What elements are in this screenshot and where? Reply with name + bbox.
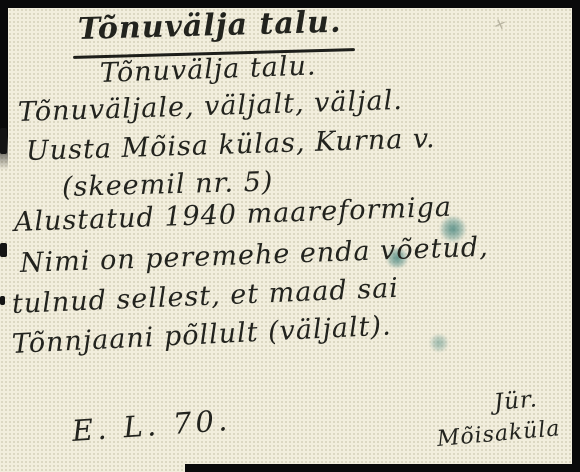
farm-name-repeat: Tõnuvälja talu. <box>99 50 316 89</box>
scanned-index-card: ✕ Tõnuvälja talu. Tõnuvälja talu. Tõnuvä… <box>0 0 580 472</box>
scheme-reference-line: (skeemil nr. 5) <box>62 166 274 203</box>
paper-scratch-mark: ✕ <box>492 16 512 35</box>
location-line: Uusta Mõisa külas, Kurna v. <box>26 123 436 167</box>
name-origin-line-1: Nimi on peremehe enda võetud, <box>19 232 489 279</box>
scan-speck <box>0 128 7 154</box>
case-forms-line: Tõnuväljale, väljalt, väljal. <box>18 85 404 128</box>
ink-smudge <box>428 334 450 352</box>
scan-speck <box>0 296 5 305</box>
parish-abbreviation: Jür. <box>493 386 539 416</box>
scan-edge-bottom <box>185 464 580 472</box>
scan-speck <box>0 243 7 257</box>
name-origin-line-3: Tõnnjaani põllult (väljalt). <box>11 310 392 360</box>
collector-mark: E. L. 70. <box>71 403 232 448</box>
farm-name-title: Tõnuvälja talu. <box>78 5 342 47</box>
scan-edge-right <box>572 0 580 472</box>
village-name: Mõisaküla <box>436 416 562 452</box>
